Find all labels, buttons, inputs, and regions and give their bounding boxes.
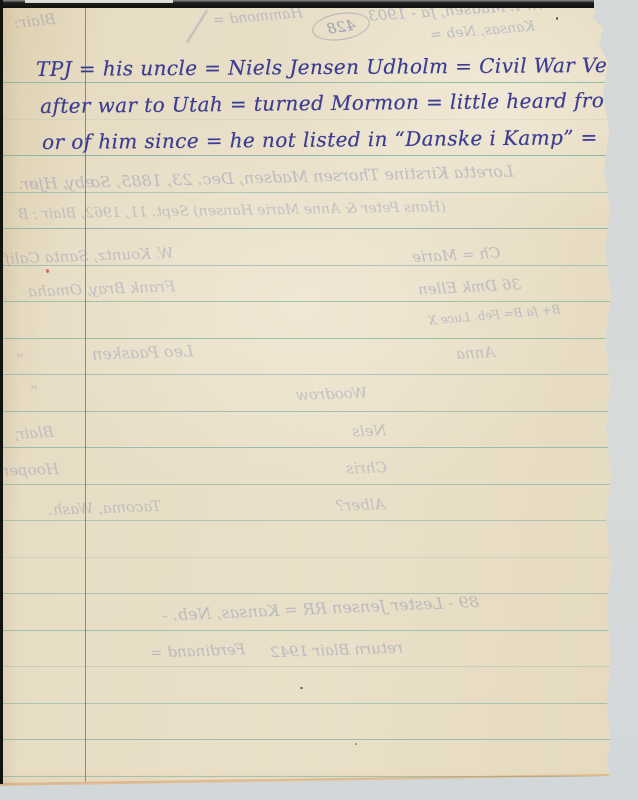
bleed-through-text: Loretta Kirstine Thorsen Madsen, Dec. 23… <box>18 162 514 194</box>
ruled-line <box>0 228 614 229</box>
ruled-line <box>0 666 614 667</box>
paper-crumb <box>616 86 619 89</box>
bleed-through-text: Hooper <box>2 460 59 480</box>
handwritten-note-line: after war to Utah = turned Mormon = litt… <box>40 88 624 118</box>
scan-edge-top-sliver <box>25 0 173 3</box>
ruled-line <box>0 484 614 485</box>
bleed-through-text: Ferdinand = <box>150 640 246 661</box>
ruled-line <box>0 447 614 448</box>
notebook-paper-sheet: Blair:Hammond =W. T. Madsen, fa - 1903Ka… <box>0 0 638 800</box>
ruled-line <box>0 593 614 594</box>
bleed-through-text: Alber? <box>336 495 386 515</box>
ruled-line <box>0 703 614 704</box>
red-margin-line <box>85 6 86 782</box>
dark-speck <box>300 687 303 689</box>
bottom-page-edge <box>0 774 638 786</box>
ruled-line <box>0 374 614 375</box>
scanned-page: Blair:Hammond =W. T. Madsen, fa - 1903Ka… <box>0 0 638 800</box>
bleed-through-text: Frank Bray, Omaha <box>28 277 176 300</box>
bleed-through-text: Chris <box>346 458 387 477</box>
bleed-through-text: Leo Paasken <box>92 341 194 364</box>
dark-dot <box>556 17 558 20</box>
bleed-through-text: Anna <box>456 343 496 363</box>
ruled-line <box>0 411 614 412</box>
ruled-line <box>0 192 614 193</box>
ruled-line <box>0 520 614 521</box>
bleed-through-text: Hammond = <box>212 5 303 29</box>
ruled-line <box>0 301 614 302</box>
ruled-line <box>0 739 614 740</box>
bleed-through-text: Ch = Marie <box>412 244 501 267</box>
bleed-through-text: B+ fa B= Feb. Luce X <box>428 302 561 328</box>
ruled-line <box>0 119 614 120</box>
paper-crumb <box>614 131 616 134</box>
brown-speck <box>355 743 357 745</box>
page-number-oval-stamp: 428 <box>310 9 372 45</box>
bleed-through-text: Nels <box>352 421 387 440</box>
ruled-line <box>0 82 614 83</box>
bleed-through-text: (Hans Peter & Anne Marie Hansen) Sept. 1… <box>18 199 446 222</box>
paper-crumb <box>616 215 618 217</box>
bleed-through-text: Blair: <box>13 10 56 32</box>
ruled-line <box>0 557 614 558</box>
bleed-through-text: Tacoma, Wash. <box>48 497 162 519</box>
bleed-through-text: W. Kountz, Santa Calif, <box>0 244 174 268</box>
bleed-through-text: Woodrow <box>296 384 368 404</box>
red-ink-speck <box>46 269 49 273</box>
pencil-slash-mark <box>186 9 208 43</box>
bleed-through-text: ” <box>30 382 38 401</box>
bleed-through-text: 36 Dmk Ellen <box>418 275 522 298</box>
bleed-through-text: ” <box>16 350 24 369</box>
ruled-line <box>0 265 614 266</box>
handwritten-note-line: TPJ = his uncle = Niels Jensen Udholm = … <box>36 53 638 81</box>
page-number: 428 <box>325 15 356 37</box>
ruled-line <box>0 155 614 156</box>
handwritten-note-line: or of him since = he not listed in “Dans… <box>42 125 598 154</box>
bleed-through-text: Kansas, Neb = <box>430 18 536 43</box>
scan-edge-left-strip <box>0 0 3 784</box>
bleed-through-text: 89 - Lester Jensen RR = Kansas, Neb. - <box>162 592 480 625</box>
ruled-line <box>0 776 614 777</box>
ruled-line <box>0 338 614 339</box>
bleed-through-text: Blair, <box>13 423 54 444</box>
bleed-through-text: return Blair 1942 <box>270 639 404 662</box>
ruled-line <box>0 630 614 631</box>
